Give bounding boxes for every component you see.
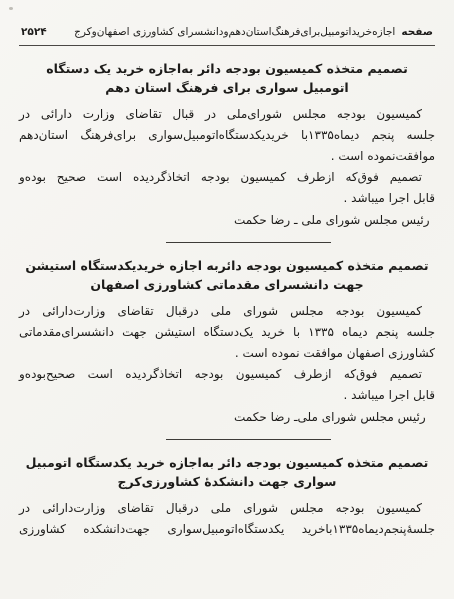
section-divider [166,439,331,440]
body-paragraph: کمیسیون بودجه مجلس شورای‌ملی در قبال تقا… [19,104,435,209]
section-title: تصمیم متخذه کمیسیون بودجه دائر به‌اجازه … [19,59,435,97]
signature-line: رئیس مجلس شورای ملی‌ـ رضا حکمت [19,407,435,428]
section-title: تصمیم متخذه کمیسیون بودجه دائر به‌اجازه … [19,453,435,491]
body-line: جلسه پنجم دیماه ۱۳۳۵ با خرید یک‌دستگاه ا… [19,322,435,343]
section-resolution-3: تصمیم متخذه کمیسیون بودجه دائر به‌اجازه … [19,453,435,540]
body-paragraph: کمیسیون بودجه مجلس شورای ملی درقبال تقاض… [19,498,435,540]
title-line: تصمیم متخذه کمیسیون بودجه دائر به‌اجازه … [19,59,435,78]
section-divider [166,242,331,243]
header-title: اجازه‌خریداتومبیل‌برای‌فرهنگ‌استان‌دهم‌و… [55,26,396,38]
body-line: کمیسیون بودجه مجلس شورای ملی درقبال تقاض… [19,498,435,519]
body-line: کمیسیون بودجه مجلس شورای‌ملی در قبال تقا… [19,104,435,125]
body-paragraph: کمیسیون بودجه مجلس شورای ملی درقبال تقاض… [19,301,435,406]
body-line: جلسهٔ‌پنجم‌دیماه۱۳۳۵باخرید یکدستگاه‌اتوم… [19,519,435,540]
body-line: جلسه پنجم دیماه۱۳۳۵با خریدیکدستگاه‌اتومب… [19,125,435,146]
body-line: کشاورزی اصفهان موافقت نموده است . [19,343,435,364]
title-line: سواری جهت دانشکدهٔ کشاورزی‌کرج [19,472,435,491]
section-resolution-1: تصمیم متخذه کمیسیون بودجه دائر به‌اجازه … [19,59,435,243]
header-label: صفحه [401,26,433,38]
title-line: جهت دانشسرای مقدماتی کشاورزی اصفهان [19,275,435,294]
page-header: صفحه اجازه‌خریداتومبیل‌برای‌فرهنگ‌استان‌… [19,26,435,46]
title-line: تصمیم متخذه کمیسیون بودجه دائر به‌اجازه … [19,453,435,472]
body-line: تصمیم فوق‌که ازطرف کمیسیون بودجه اتخاذگر… [19,364,435,385]
section-title: تصمیم متخذه کمیسیون بودجه دائربه اجازه خ… [19,256,435,294]
title-line: اتومبیل سواری برای فرهنگ استان دهم [19,78,435,97]
body-line: قابل اجرا میباشد . [19,188,435,209]
scan-artifact-speck [9,7,13,10]
body-line: تصمیم فوق‌که ازطرف کمیسیون بودجه اتخاذگر… [19,167,435,188]
section-resolution-2: تصمیم متخذه کمیسیون بودجه دائربه اجازه خ… [19,256,435,440]
body-line: موافقت‌نموده است . [19,146,435,167]
body-line: کمیسیون بودجه مجلس شورای ملی درقبال تقاض… [19,301,435,322]
title-line: تصمیم متخذه کمیسیون بودجه دائربه اجازه خ… [19,256,435,275]
signature-line: رئیس مجلس شورای ملی ـ رضا حکمت [19,210,435,231]
scanned-document-page: صفحه اجازه‌خریداتومبیل‌برای‌فرهنگ‌استان‌… [0,0,454,599]
header-page-number: ۲۵۲۴ [21,26,47,38]
body-line: قابل اجرا میباشد . [19,385,435,406]
